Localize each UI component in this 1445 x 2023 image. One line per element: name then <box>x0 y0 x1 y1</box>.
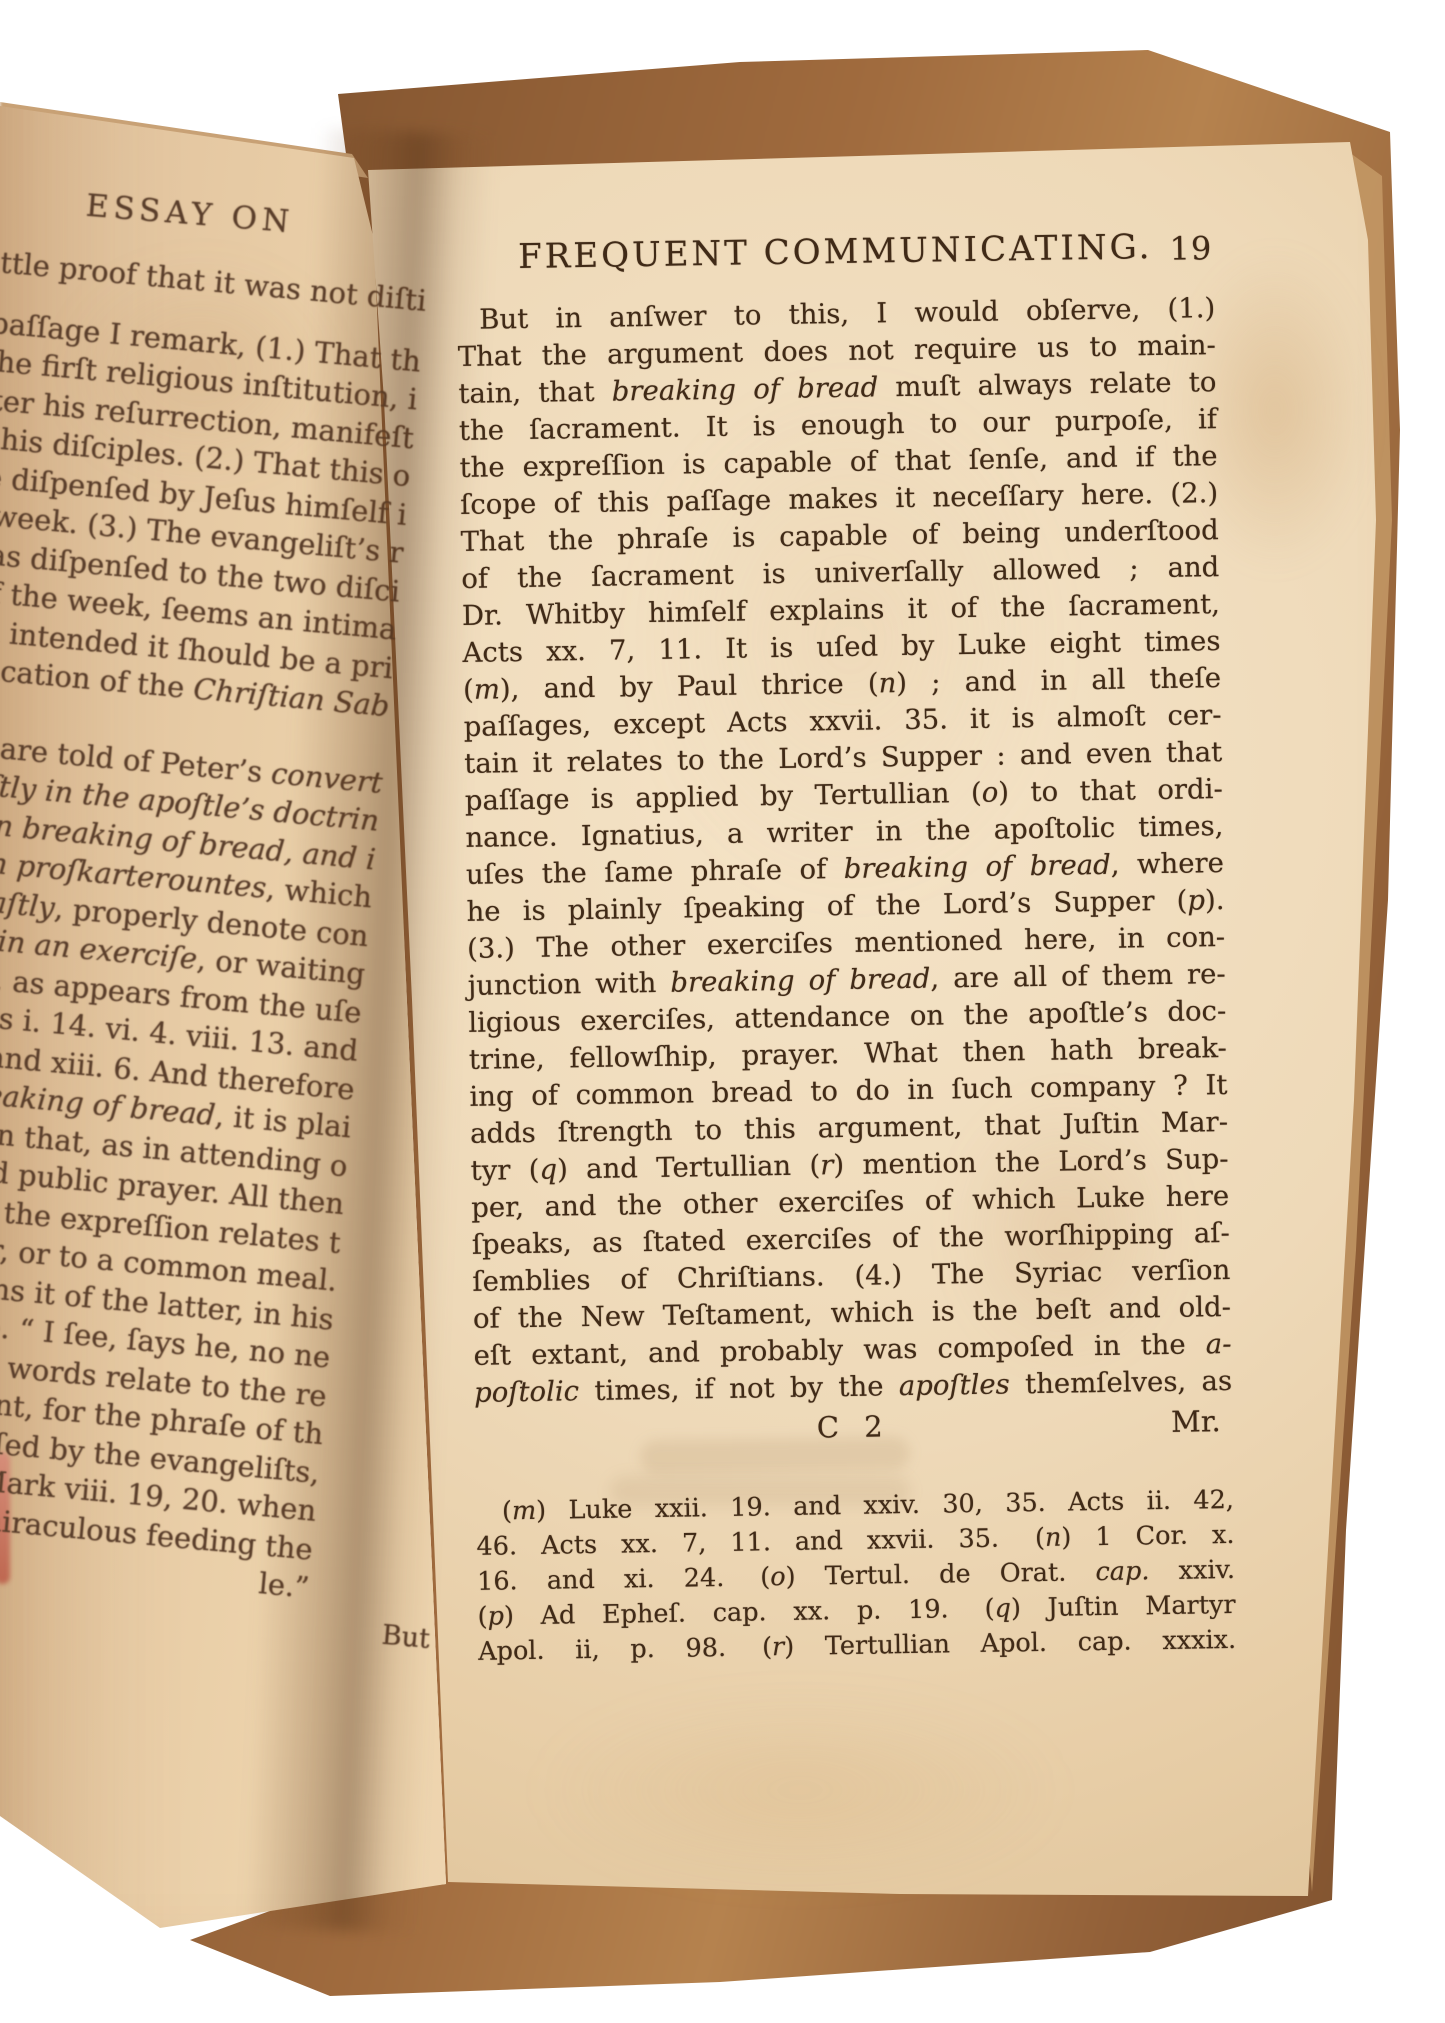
right-page-text: FREQUENT COMMUNICATING. 19 But in anſwer… <box>456 226 1236 1670</box>
catchword: Mr. <box>1171 1404 1221 1439</box>
book-photo: ESSAY ON is as little proof that it was … <box>0 0 1445 2023</box>
page-number: 19 <box>1169 229 1212 268</box>
body-text: But in anſwer to this, I would obſerve, … <box>457 290 1232 1412</box>
signature-mark: C 2 <box>817 1409 891 1444</box>
running-head: FREQUENT COMMUNICATING. <box>518 227 1153 277</box>
paper-stain <box>540 1700 1060 1880</box>
signature-row: C 2 Mr. <box>475 1404 1233 1453</box>
footnotes: (m) Luke xxii. 19. and xxiv. 30, 35. Act… <box>476 1483 1237 1670</box>
